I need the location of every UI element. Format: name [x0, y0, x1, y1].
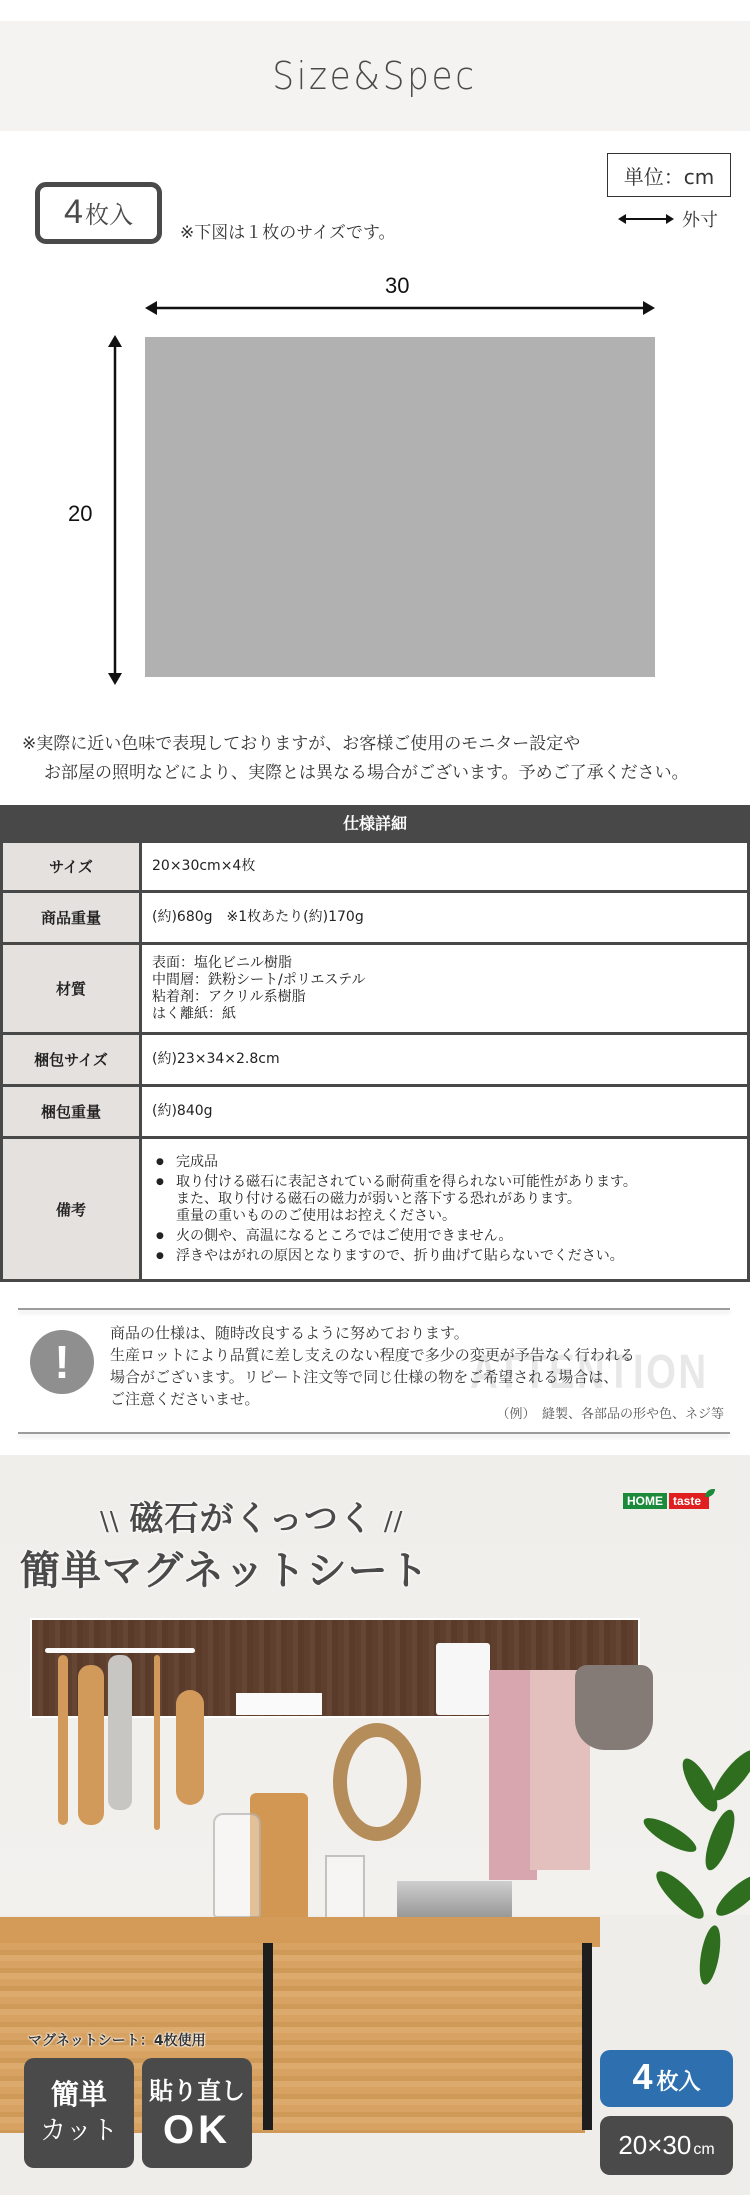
spec-table-section: 仕様詳細 サイズ 20×30cm×4枚 商品重量 (約)680g ※1枚あたり(… — [0, 805, 750, 1282]
quantity-unit: 枚入 — [85, 195, 133, 230]
width-dimension: 30 — [385, 273, 409, 299]
table-row: サイズ 20×30cm×4枚 — [2, 842, 749, 892]
utensil-rod — [45, 1648, 195, 1653]
product-photo: \\磁石がくっつく// 簡単マグネットシート HOME taste マグネットシ… — [0, 1455, 750, 2195]
glass — [325, 1855, 365, 1923]
quantity-badge: 4 枚入 — [600, 2050, 733, 2107]
spice-rack — [436, 1643, 490, 1715]
spec-value: 20×30cm×4枚 — [141, 842, 749, 892]
spec-key: 商品重量 — [2, 892, 141, 944]
material-line: 表面：塩化ビニル樹脂 — [152, 955, 737, 972]
table-row: 梱包サイズ (約)23×34×2.8cm — [2, 1034, 749, 1086]
spec-key: サイズ — [2, 842, 141, 892]
remarks-list: 完成品 取り付ける磁石に表記されている耐荷重を得られない可能性があります。 また… — [152, 1154, 737, 1265]
slash-right: // — [384, 1507, 404, 1537]
reapply-ok-badge: 貼り直し OK — [142, 2058, 252, 2168]
table-row: 材質 表面：塩化ビニル樹脂 中間層：鉄粉シート/ポリエステル 粘着剤：アクリル系… — [2, 944, 749, 1034]
exclamation-icon: ! — [30, 1330, 94, 1394]
utensil — [108, 1655, 132, 1810]
table-row: 梱包重量 (約)840g — [2, 1086, 749, 1138]
outer-dimension-legend: 外寸 — [618, 206, 718, 232]
color-disclaimer: ※実際に近い色味で表現しておりますが、お客様ご使用のモニター設定や お部屋の照明… — [22, 730, 742, 788]
material-line: 粘着剤：アクリル系樹脂 — [152, 989, 737, 1006]
arrow-down-icon — [108, 673, 122, 685]
usage-caption: マグネットシート：4枚使用 — [28, 2030, 206, 2050]
remark-item: 完成品 — [152, 1154, 737, 1171]
outer-dimension-label: 外寸 — [682, 206, 718, 232]
remark-item: 取り付ける磁石に表記されている耐荷重を得られない可能性があります。 また、取り付… — [152, 1174, 737, 1225]
arrow-left-icon — [145, 301, 157, 315]
arrow-right-icon — [643, 301, 655, 315]
promo-headline-main: 簡単マグネットシート — [20, 1539, 430, 1596]
size-note: ※下図は１枚のサイズです。 — [180, 218, 396, 243]
double-arrow-icon — [618, 213, 674, 225]
spec-value: (約)680g ※1枚あたり(約)170g — [141, 892, 749, 944]
size-badge: 20×30 cm — [600, 2116, 733, 2175]
spec-key: 備考 — [2, 1138, 141, 1281]
spec-key: 材質 — [2, 944, 141, 1034]
trivet — [333, 1723, 421, 1841]
color-disclaimer-line2: お部屋の照明などにより、実際とは異なる場合がございます。予めご了承ください。 — [22, 759, 742, 788]
utensil — [78, 1665, 104, 1825]
spec-table-title: 仕様詳細 — [0, 805, 750, 840]
cabinet-leg — [582, 1943, 592, 2130]
easy-cut-badge: 簡単 カット — [24, 2058, 134, 2168]
spec-value: (約)840g — [141, 1086, 749, 1138]
logo-taste: taste — [669, 1493, 709, 1509]
quantity-number: 4 — [64, 193, 83, 232]
remark-item: 火の側や、高温になるところではご使用できません。 — [152, 1228, 737, 1245]
utensil — [58, 1655, 68, 1825]
section-title: Size&Spec — [273, 54, 477, 98]
spec-value: (約)23×34×2.8cm — [141, 1034, 749, 1086]
plant — [630, 1745, 750, 2005]
table-row: 商品重量 (約)680g ※1枚あたり(約)170g — [2, 892, 749, 944]
oven-mitt — [575, 1665, 653, 1750]
height-dimension: 20 — [68, 501, 92, 527]
unit-box: 単位：cm — [607, 153, 731, 197]
attention-divider-bottom — [18, 1432, 730, 1434]
logo-home: HOME — [623, 1493, 667, 1509]
remark-item: 浮きやはがれの原因となりますので、折り曲げて貼らないでください。 — [152, 1248, 737, 1265]
sheet-shape — [145, 337, 655, 677]
slash-left: \\ — [100, 1507, 120, 1537]
spec-key: 梱包重量 — [2, 1086, 141, 1138]
spec-key: 梱包サイズ — [2, 1034, 141, 1086]
table-row: 備考 完成品 取り付ける磁石に表記されている耐荷重を得られない可能性があります。… — [2, 1138, 749, 1281]
attention-divider-top — [18, 1308, 730, 1310]
promo-headline-top: \\磁石がくっつく// — [90, 1491, 413, 1540]
attention-text: 商品の仕様は、随時改良するように努めております。 生産ロットにより品質に差し支え… — [110, 1322, 635, 1410]
quantity-label-box: 4 枚入 — [35, 182, 162, 244]
attention-example: （例） 縫製、各部品の形や色、ネジ等 — [496, 1403, 724, 1422]
section-header-band: Size&Spec — [0, 21, 750, 131]
arrow-up-icon — [108, 335, 122, 347]
spec-value: 完成品 取り付ける磁石に表記されている耐荷重を得られない可能性があります。 また… — [141, 1138, 749, 1281]
spec-table: サイズ 20×30cm×4枚 商品重量 (約)680g ※1枚あたり(約)170… — [0, 840, 750, 1282]
utensil — [176, 1690, 204, 1805]
material-line: 中間層：鉄粉シート/ポリエステル — [152, 972, 737, 989]
utensil — [154, 1655, 160, 1830]
brand-logo: HOME taste — [623, 1493, 709, 1509]
glass-bottle — [213, 1813, 261, 1918]
material-line: はく離紙：紙 — [152, 1006, 737, 1023]
magnet-shelf — [236, 1693, 322, 1715]
color-disclaimer-line1: ※実際に近い色味で表現しておりますが、お客様ご使用のモニター設定や — [22, 734, 580, 754]
spec-value: 表面：塩化ビニル樹脂 中間層：鉄粉シート/ポリエステル 粘着剤：アクリル系樹脂 … — [141, 944, 749, 1034]
cabinet-divider — [263, 1943, 273, 2130]
